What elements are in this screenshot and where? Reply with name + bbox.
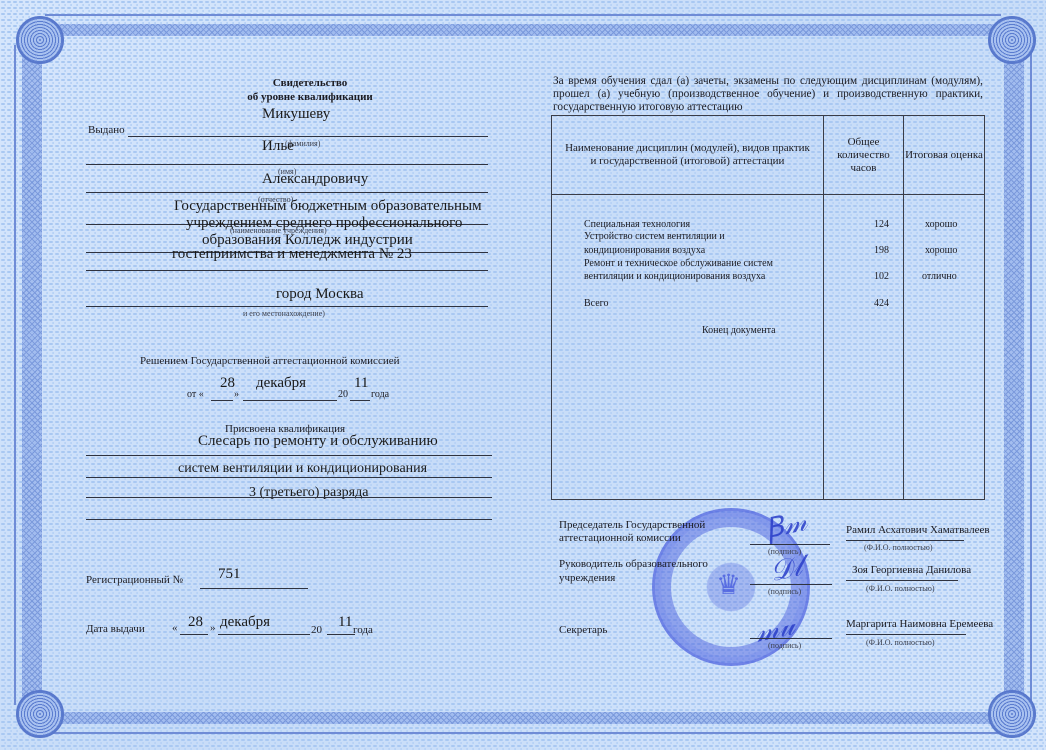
name-caption: (Ф.И.О. полностью) <box>866 584 935 593</box>
rosette-icon <box>16 16 64 64</box>
qualification-underline-4 <box>86 519 492 520</box>
qualification-underline-3 <box>86 497 492 498</box>
decision-month: декабря <box>256 375 306 392</box>
issue-date-open-quote: « <box>172 622 178 634</box>
patronymic-value: Александровичу <box>262 171 368 188</box>
qualification-underline-1 <box>86 455 492 456</box>
decision-century: 20 <box>338 389 348 400</box>
decision-year: 11 <box>354 375 368 392</box>
transcript-intro: За время обучения сдал (а) зачеты, экзам… <box>553 75 983 114</box>
surname-line <box>128 136 488 137</box>
header-grade: Итоговая оценка <box>904 116 984 194</box>
institution-line-1: Государственным бюджетным образовательны… <box>174 198 482 215</box>
decision-day-line <box>211 400 233 401</box>
qualification-underline-2 <box>86 477 492 478</box>
signature-line <box>750 638 832 639</box>
row-grade: хорошо <box>925 219 957 230</box>
name-line <box>846 634 966 635</box>
role-line-1: Руководитель образовательного <box>559 558 708 570</box>
city-value: город Москва <box>276 286 364 303</box>
institution-line-4: гостеприимства и менеджмента № 23 <box>172 246 412 263</box>
registration-number: 751 <box>218 566 241 583</box>
total-label: Всего <box>584 298 609 309</box>
city-caption: и его местонахождение) <box>243 309 325 318</box>
border-band-bottom <box>45 712 1001 724</box>
qualification-line-2: систем вентиляции и кондиционирования <box>178 461 427 477</box>
issue-year-suffix: года <box>353 624 373 636</box>
name-caption: (Ф.И.О. полностью) <box>866 638 935 647</box>
decision-year-line <box>350 400 370 401</box>
signatory-name: Рамил Асхатович Хаматвалеев <box>846 524 990 536</box>
signature-caption: (подпись) <box>768 587 801 596</box>
first-name-value: Илье <box>262 138 294 155</box>
header-discipline: Наименование дисциплин (модулей), видов … <box>562 116 813 194</box>
row-name-line-2: кондиционирования воздуха <box>584 245 705 256</box>
issue-month: декабря <box>220 614 270 631</box>
issue-year: 11 <box>338 614 352 631</box>
row-hours: 124 <box>874 219 889 230</box>
signatory-name: Зоя Георгиевна Данилова <box>852 564 971 576</box>
issue-date-close-quote: » <box>210 622 216 634</box>
issue-day-line <box>180 634 208 635</box>
border-line-left <box>14 45 16 705</box>
issue-month-line <box>218 634 310 635</box>
row-grade: хорошо <box>925 245 957 256</box>
rosette-icon <box>988 690 1036 738</box>
qualification-line-1: Слесарь по ремонту и обслуживанию <box>198 433 438 450</box>
decision-date-close: » <box>234 389 239 400</box>
border-band-right <box>1004 45 1024 705</box>
decision-year-suffix: года <box>371 389 389 400</box>
qualification-line-3: 3 (третьего) разряда <box>249 485 368 501</box>
registration-label: Регистрационный № <box>86 574 183 586</box>
patronymic-line <box>86 192 488 193</box>
row-name: Специальная технология <box>584 219 690 230</box>
transcript-table: Наименование дисциплин (модулей), видов … <box>551 115 985 500</box>
row-hours: 198 <box>874 245 889 256</box>
decision-day: 28 <box>220 375 235 392</box>
name-caption: (Ф.И.О. полностью) <box>864 543 933 552</box>
name-line <box>846 540 964 541</box>
city-line <box>86 306 488 307</box>
name-line <box>846 580 958 581</box>
certificate-title: Свидетельство <box>30 77 590 89</box>
header-divider <box>552 194 984 195</box>
first-name-line <box>86 164 488 165</box>
issued-to-label: Выдано <box>88 124 125 136</box>
row-name-line-1: Ремонт и техническое обслуживание систем <box>584 258 773 269</box>
total-hours: 424 <box>874 298 889 309</box>
role-line-2: учреждения <box>559 572 615 584</box>
institution-underline-3 <box>86 270 488 271</box>
end-of-document: Конец документа <box>702 325 776 336</box>
border-band-top <box>45 24 1001 36</box>
border-line-top <box>45 14 1001 16</box>
decision-date-prefix: от « <box>187 389 204 400</box>
row-name-line-2: вентиляции и кондиционирования воздуха <box>584 271 765 282</box>
row-hours: 102 <box>874 271 889 282</box>
issue-date-label: Дата выдачи <box>86 623 145 635</box>
issue-year-line <box>327 634 355 635</box>
border-line-right <box>1030 45 1032 705</box>
signatory-name: Маргарита Наимовна Еремеева <box>846 618 993 630</box>
signature-line <box>750 584 832 585</box>
registration-line <box>200 588 308 589</box>
role-line-1: Председатель Государственной <box>559 519 705 531</box>
surname-value: Микушеву <box>262 106 330 123</box>
row-name-line-1: Устройство систем вентиляции и <box>584 231 725 242</box>
decision-label: Решением Государственной аттестационной … <box>140 355 399 367</box>
row-grade: отлично <box>922 271 957 282</box>
issue-day: 28 <box>188 614 203 631</box>
signature-chairman: Ꞵ𝓂 <box>762 501 811 547</box>
rosette-icon <box>16 690 64 738</box>
role-line-1: Секретарь <box>559 624 607 636</box>
signature-caption: (подпись) <box>768 547 801 556</box>
signature-caption: (подпись) <box>768 641 801 650</box>
header-hours: Общее количество часов <box>824 116 903 194</box>
border-line-bottom <box>45 732 1001 734</box>
rosette-icon <box>988 16 1036 64</box>
decision-month-line <box>243 400 337 401</box>
border-band-left <box>22 45 42 705</box>
certificate-subtitle: об уровне квалификации <box>30 91 590 103</box>
role-line-2: аттестационной комиссии <box>559 532 681 544</box>
eagle-emblem-icon: ♛ <box>716 568 742 602</box>
issue-century: 20 <box>311 624 322 636</box>
signature-line <box>750 544 830 545</box>
